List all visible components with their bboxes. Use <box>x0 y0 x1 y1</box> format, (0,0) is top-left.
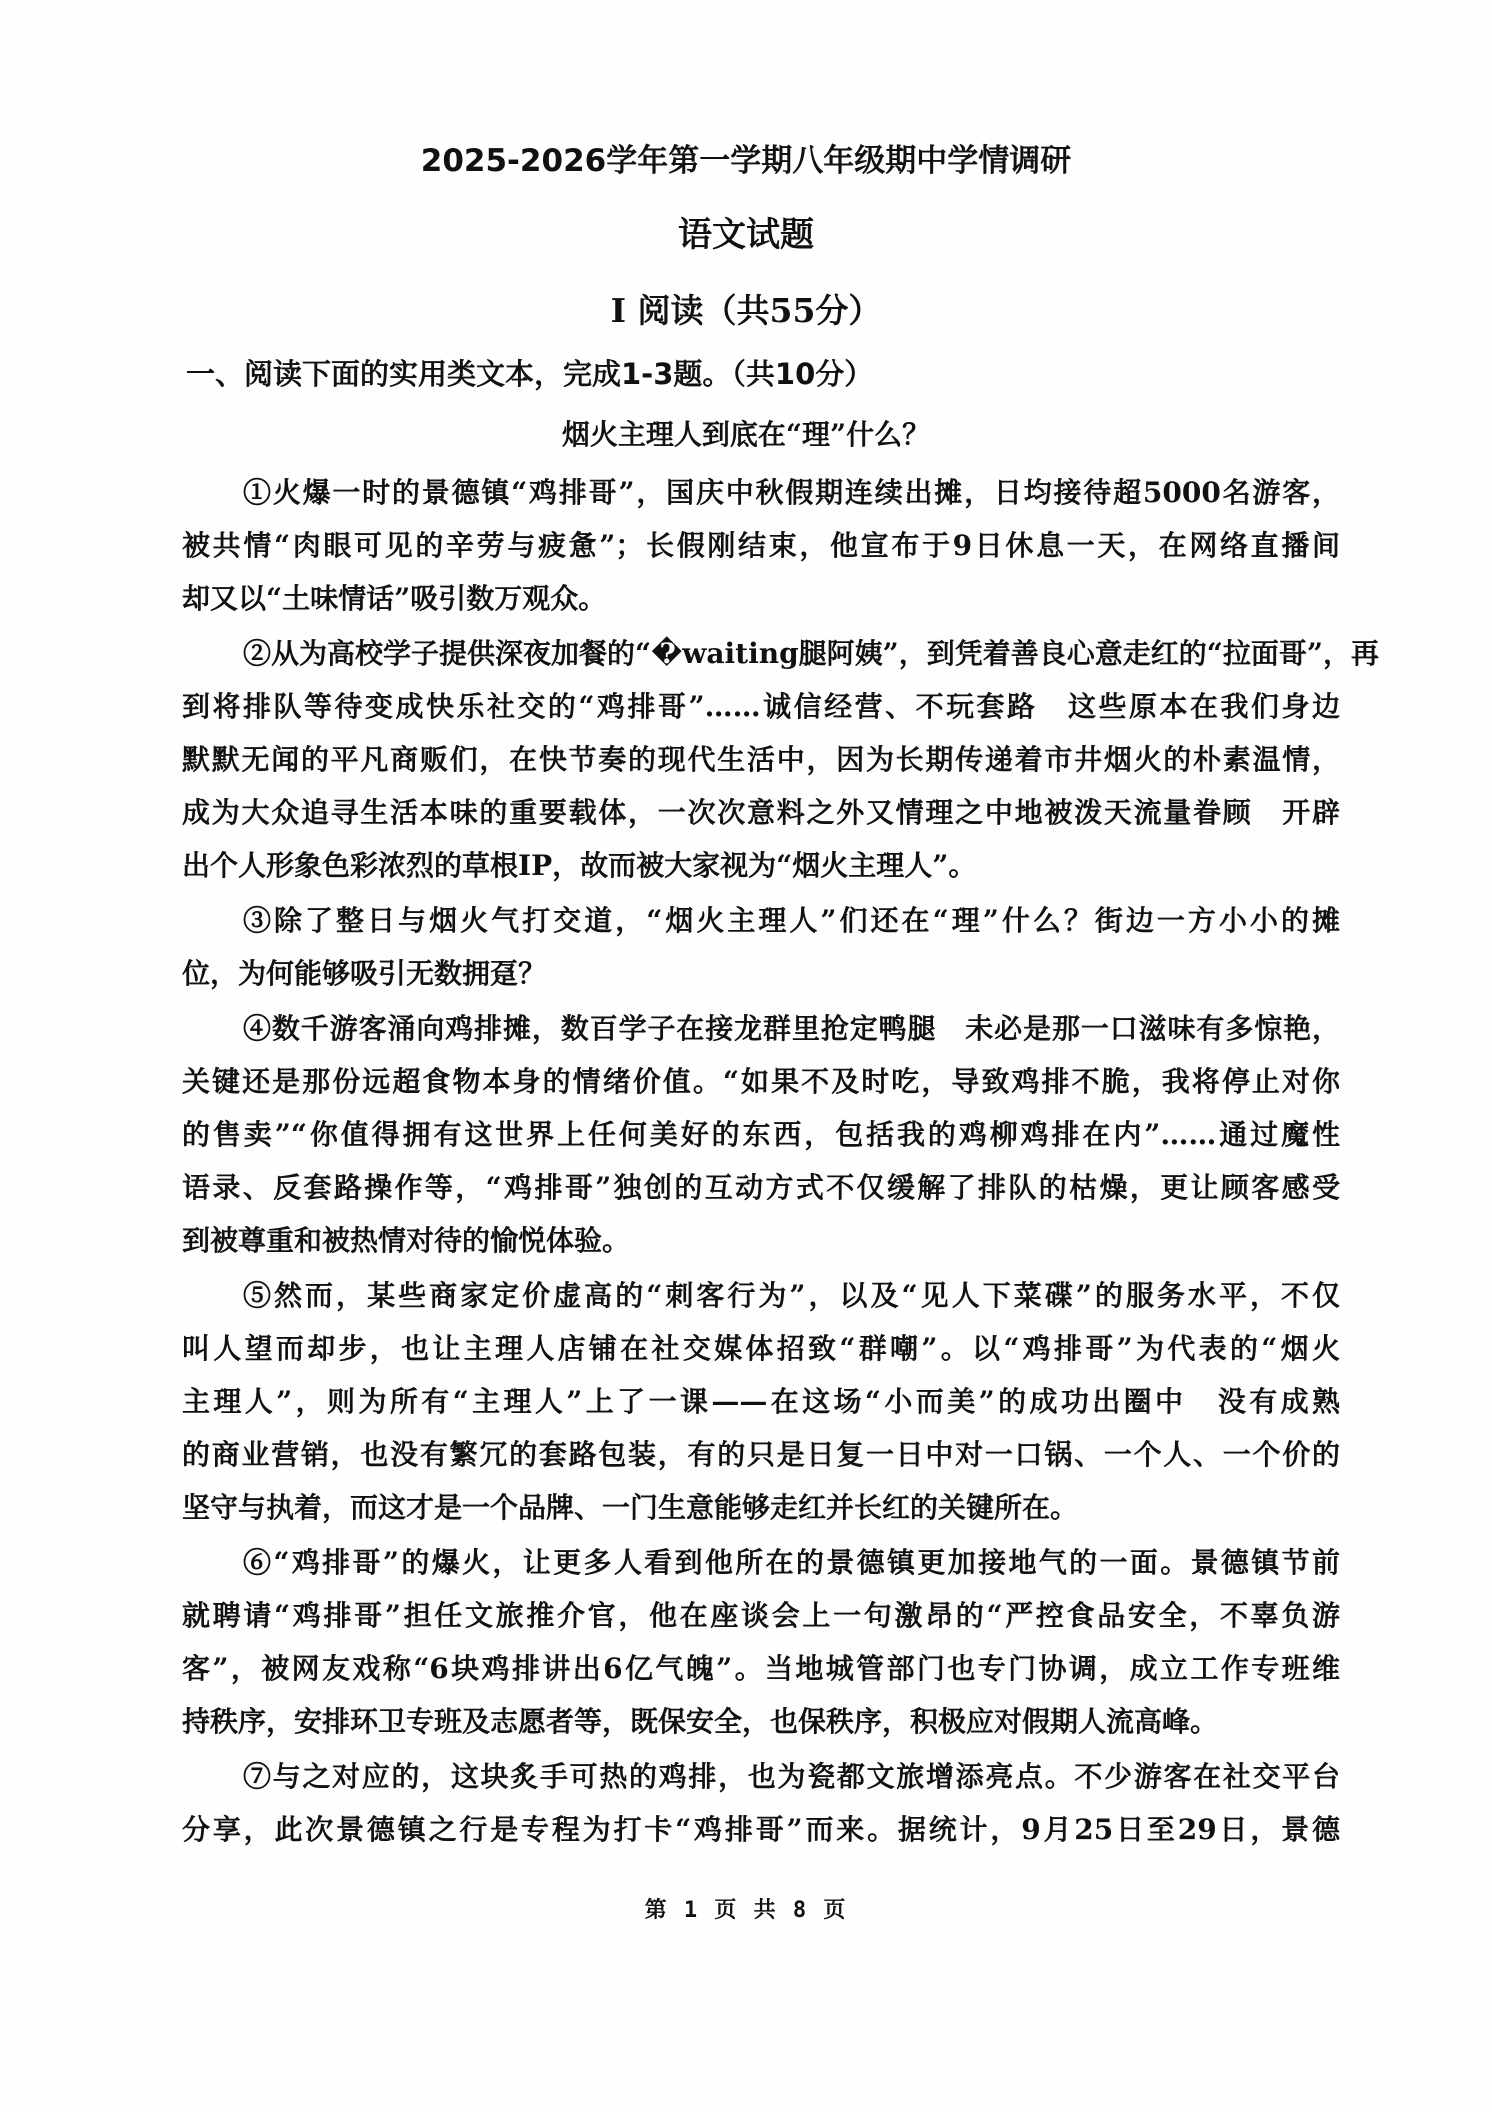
paragraph-line: 到被尊重和被热情对待的愉悦体验。 <box>182 1221 630 1261</box>
paragraph-line: 语录、反套路操作等，“鸡排哥”独创的互动方式不仅缓解了排队的枯燥，更让顾客感受 <box>182 1168 1340 1208</box>
paragraph-line: 位，为何能够吸引无数拥趸？ <box>182 954 546 994</box>
paragraph-line: ④数千游客涌向鸡排摊，数百学子在接龙群里抢定鸭腿 未必是那一口滋味有多惊艳， <box>243 1009 1340 1049</box>
paragraph-line: 就聘请“鸡排哥”担任文旅推介官，他在座谈会上一句激昂的“严控食品安全，不辜负游 <box>182 1596 1340 1636</box>
paragraph-line: ②从为高校学子提供深夜加餐的“�waiting腿阿姨”，到凭着善良心意走红的“拉… <box>243 634 1340 674</box>
paragraph-line: 主理人”，则为所有“主理人”上了一课——在这场“小而美”的成功出圈中 没有成熟 <box>182 1382 1340 1422</box>
paragraph-line: 默默无闻的平凡商贩们，在快节奏的现代生活中，因为长期传递着市井烟火的朴素温情， <box>182 740 1340 780</box>
paragraph-line: ⑤然而，某些商家定价虚高的“刺客行为”，以及“见人下菜碟”的服务水平，不仅 <box>243 1276 1340 1316</box>
paragraph-line: 出个人形象色彩浓烈的草根IP，故而被大家视为“烟火主理人”。 <box>182 846 976 886</box>
article-title: 烟火主理人到底在“理”什么？ <box>0 413 1492 453</box>
paragraph-line: ⑦与之对应的，这块炙手可热的鸡排，也为瓷都文旅增添亮点。不少游客在社交平台 <box>243 1757 1340 1797</box>
paragraph-line: ①火爆一时的景德镇“鸡排哥”，国庆中秋假期连续出摊，日均接待超5000名游客， <box>243 473 1340 513</box>
paragraph-line: 叫人望而却步，也让主理人店铺在社交媒体招致“群嘲”。以“鸡排哥”为代表的“烟火 <box>182 1329 1340 1369</box>
paragraph-line: 分享，此次景德镇之行是专程为打卡“鸡排哥”而来。据统计，9月25日至29日，景德 <box>182 1810 1340 1850</box>
section-heading: 一、阅读下面的实用类文本，完成1-3题。（共10分） <box>186 352 873 393</box>
paragraph-line: 成为大众追寻生活本味的重要载体，一次次意料之外又情理之中地被泼天流量眷顾 开辟 <box>182 793 1340 833</box>
paragraph-line: 被共情“肉眼可见的辛劳与疲惫”；长假刚结束，他宣布于9日休息一天，在网络直播间 <box>182 526 1340 566</box>
paragraph-line: 坚守与执着，而这才是一个品牌、一门生意能够走红并长红的关键所在。 <box>182 1488 1078 1528</box>
exam-page: 2025-2026学年第一学期八年级期中学情调研 语文试题 Ⅰ 阅读（共55分）… <box>0 0 1492 2112</box>
paragraph-line: 的售卖”“你值得拥有这世界上任何美好的东西，包括我的鸡柳鸡排在内”……通过魔性 <box>182 1115 1340 1155</box>
paragraph-line: ③除了整日与烟火气打交道，“烟火主理人”们还在“理”什么？街边一方小小的摊 <box>243 901 1340 941</box>
exam-title: 2025-2026学年第一学期八年级期中学情调研 <box>0 135 1492 180</box>
subject-title: 语文试题 <box>0 207 1492 256</box>
paragraph-line: 的商业营销，也没有繁冗的套路包装，有的只是日复一日中对一口锅、一个人、一个价的 <box>182 1435 1340 1475</box>
paragraph-line: 到将排队等待变成快乐社交的“鸡排哥”……诚信经营、不玩套路 这些原本在我们身边 <box>182 687 1340 727</box>
paragraph-line: 客”，被网友戏称“6块鸡排讲出6亿气魄”。当地城管部门也专门协调，成立工作专班维 <box>182 1649 1340 1689</box>
paragraph-line: 却又以“土味情话”吸引数万观众。 <box>182 579 606 619</box>
paragraph-line: ⑥“鸡排哥”的爆火，让更多人看到他所在的景德镇更加接地气的一面。景德镇节前 <box>243 1543 1340 1583</box>
paragraph-line: 关键还是那份远超食物本身的情绪价值。“如果不及时吃，导致鸡排不脆，我将停止对你 <box>182 1062 1340 1102</box>
paragraph-line: 持秩序，安排环卫专班及志愿者等，既保安全，也保秩序，积极应对假期人流高峰。 <box>182 1702 1218 1742</box>
part-heading: Ⅰ 阅读（共55分） <box>0 285 1492 332</box>
page-number: 第 1 页 共 8 页 <box>0 1893 1492 1924</box>
